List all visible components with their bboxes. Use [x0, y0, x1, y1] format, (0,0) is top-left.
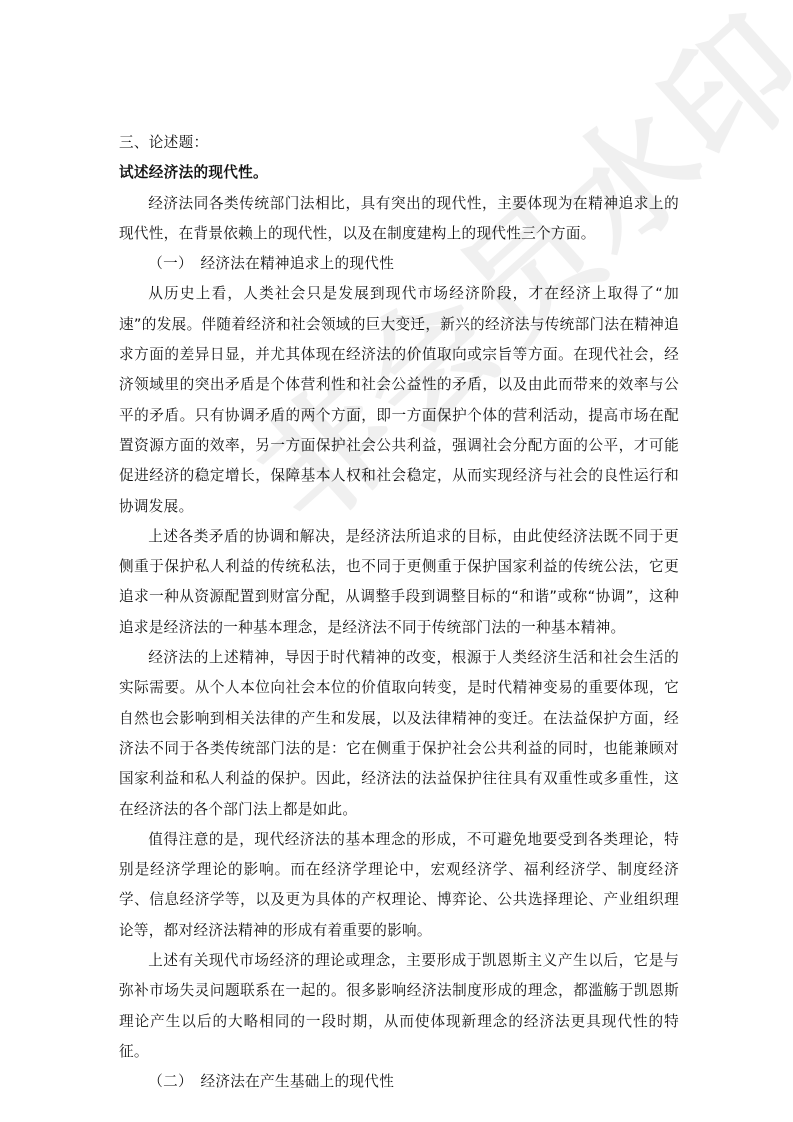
- section-title: 三、论述题：: [119, 128, 679, 158]
- paragraph: 上述各类矛盾的协调和解决，是经济法所追求的目标，由此使经济法既不同于更侧重于保护…: [119, 522, 679, 643]
- paragraph: 值得注意的是，现代经济法的基本理念的形成，不可避免地要受到各类理论，特别是经济学…: [119, 825, 679, 946]
- document-page: 三、论述题： 试述经济法的现代性。 经济法同各类传统部门法相比，具有突出的现代性…: [119, 128, 679, 1098]
- paragraph: 从历史上看，人类社会只是发展到现代市场经济阶段，才在经济上取得了“加速”的发展。…: [119, 279, 679, 521]
- paragraph: 上述有关现代市场经济的理论或理念，主要形成于凯恩斯主义产生以后，它是与弥补市场失…: [119, 946, 679, 1067]
- subheading-1: （一） 经济法在精神追求上的现代性: [119, 249, 679, 279]
- paragraph-intro: 经济法同各类传统部门法相比，具有突出的现代性，主要体现为在精神追求上的现代性，在…: [119, 189, 679, 250]
- subheading-2: （二） 经济法在产生基础上的现代性: [119, 1067, 679, 1097]
- paragraph: 经济法的上述精神，导因于时代精神的改变，根源于人类经济生活和社会生活的实际需要。…: [119, 643, 679, 825]
- question-heading: 试述经济法的现代性。: [119, 158, 679, 188]
